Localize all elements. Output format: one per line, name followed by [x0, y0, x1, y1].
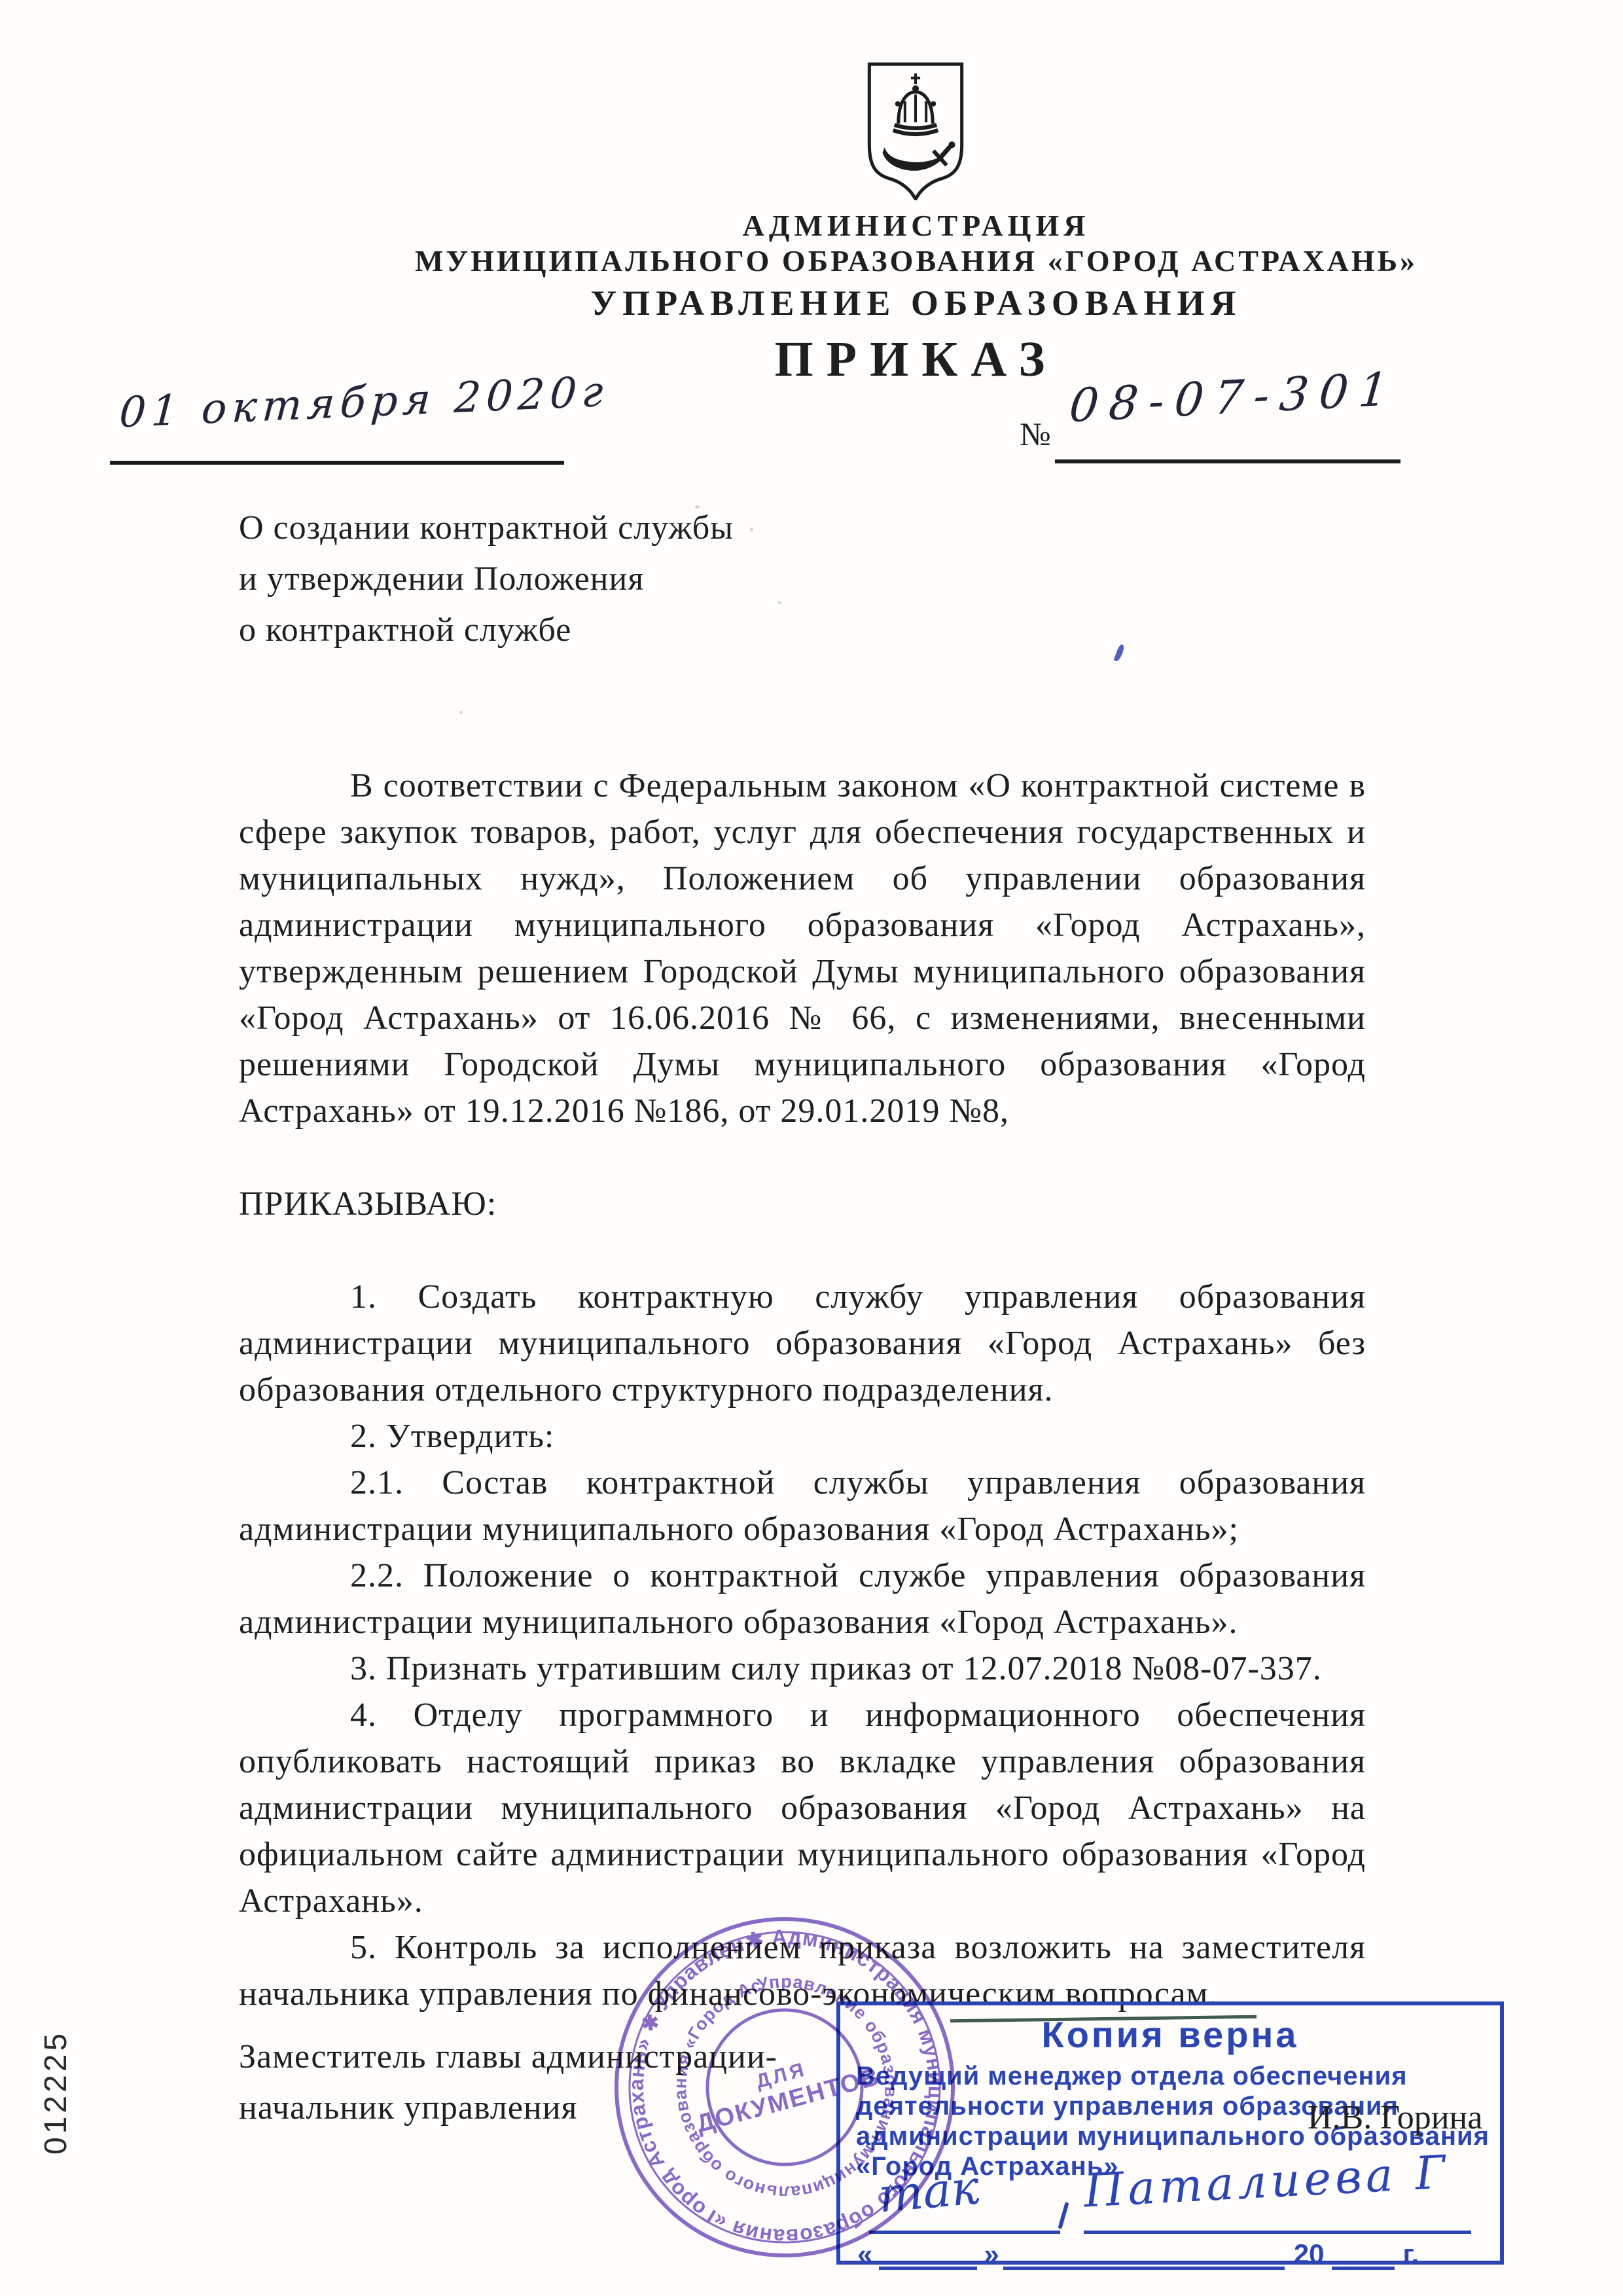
ink-speck-mark [1114, 643, 1126, 662]
handwritten-date: 01 октября 2020г [118, 368, 609, 438]
signer-name: И.В. Горина [1308, 2098, 1482, 2137]
order-item-3: 3. Признать утратившим силу приказ от 12… [239, 1645, 1366, 1692]
number-underline [1055, 459, 1400, 463]
saber-icon [883, 141, 955, 171]
scan-dust [777, 601, 781, 604]
org-name-line1: АДМИНИСТРАЦИЯ [366, 208, 1466, 243]
year-prefix: 20 [1294, 2238, 1325, 2270]
form-serial-number: 012225 [38, 2030, 74, 2155]
subject-line: О создании контрактной службы [239, 503, 734, 554]
subject-line: о контрактной службе [239, 605, 734, 656]
crown-icon [893, 73, 938, 134]
blank-year-field [1332, 2240, 1395, 2270]
scan-dust [750, 528, 753, 531]
date-underline [110, 461, 564, 465]
scan-dust [459, 711, 463, 714]
signature-line [1084, 2231, 1471, 2234]
close-quote: » [984, 2238, 999, 2270]
order-item-1: 1. Создать контрактную службу управления… [239, 1274, 1366, 1413]
intro-paragraph: В соответствии с Федеральным законом «О … [239, 762, 1366, 1134]
order-item-4: 4. Отделу программного и информационного… [239, 1692, 1366, 1924]
subject-block: О создании контрактной службы и утвержде… [239, 503, 734, 656]
org-name-line3: УПРАВЛЕНИЕ ОБРАЗОВАНИЯ [366, 283, 1466, 323]
org-name-line2: МУНИЦИПАЛЬНОГО ОБРАЗОВАНИЯ «ГОРОД АСТРАХ… [366, 243, 1466, 278]
order-item-2: 2. Утвердить: [239, 1413, 1366, 1460]
year-suffix: г. [1402, 2238, 1419, 2270]
signature-pen-mark [1058, 2202, 1069, 2229]
number-sign-label: № [1020, 415, 1051, 453]
order-item-2-2: 2.2. Положение о контрактной службе упра… [239, 1552, 1366, 1645]
subject-line: и утверждении Положения [239, 554, 734, 605]
round-official-stamp: ✱ Администрация муниципального образован… [607, 1910, 962, 2265]
scan-dust [695, 505, 700, 509]
order-keyword: ПРИКАЗЫВАЮ: [239, 1181, 1366, 1227]
document-page: АДМИНИСТРАЦИЯ МУНИЦИПАЛЬНОГО ОБРАЗОВАНИЯ… [0, 0, 1623, 2296]
blank-month-field [1003, 2240, 1285, 2270]
order-body: В соответствии с Федеральным законом «О … [239, 762, 1366, 2017]
astrakhan-coat-of-arms-icon [863, 60, 969, 200]
order-item-2-1: 2.1. Состав контрактной службы управлени… [239, 1460, 1366, 1552]
